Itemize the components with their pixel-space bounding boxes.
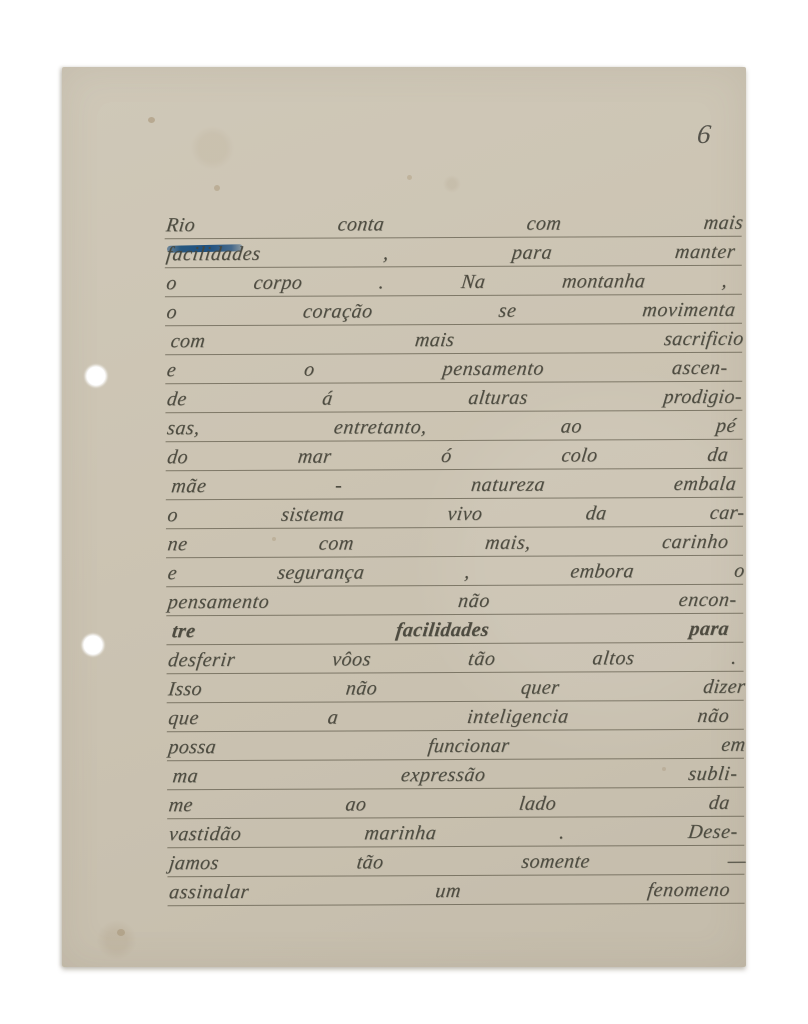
manuscript-line: desferir vôos tão altos . <box>167 643 747 675</box>
manuscript-line: do mar ó colo da <box>166 440 746 472</box>
manuscript-line: Rio conta com mais <box>165 208 745 240</box>
manuscript-line: assinalar um fenomeno <box>168 875 748 907</box>
manuscript-line: ne com mais, carinho <box>166 527 746 559</box>
paper-stain <box>214 185 220 191</box>
manuscript-line: com mais sacrificio <box>165 324 745 356</box>
manuscript-line: Isso não quer dizer <box>167 672 747 704</box>
manuscript-line: o coração se movimenta <box>165 295 745 327</box>
manuscript-line: mãe - natureza embala <box>166 469 746 501</box>
manuscript-line: pensamento não encon- <box>166 585 746 617</box>
manuscript-page: 6 Rio conta com mais facilidades , para … <box>62 67 746 967</box>
paper-stain <box>117 929 125 936</box>
manuscript-line: e o pensamento ascen- <box>165 353 745 385</box>
manuscript-line: facilidades , para manter <box>165 237 745 269</box>
manuscript-line: sas, entretanto, ao pé <box>165 411 745 443</box>
page-number: 6 <box>682 119 725 150</box>
manuscript-line: tre facilidades para <box>166 614 746 646</box>
paper-stain <box>407 175 412 180</box>
manuscript-line: que a inteligencia não <box>167 701 747 733</box>
handwriting-block: Rio conta com mais facilidades , para ma… <box>164 208 744 907</box>
manuscript-line: jamos tão somente — <box>167 846 747 878</box>
punch-hole-top <box>86 366 106 386</box>
manuscript-line: e segurança , embora o <box>166 556 746 588</box>
paper-stain <box>148 117 155 123</box>
manuscript-line: vastidão marinha . Dese- <box>167 817 747 849</box>
manuscript-line: possa funcionar em <box>167 730 747 762</box>
manuscript-line: me ao lado da <box>167 788 747 820</box>
punch-hole-bottom <box>83 635 103 655</box>
manuscript-line: ma expressão subli- <box>167 759 747 791</box>
manuscript-line: o sistema vivo da car- <box>166 498 746 530</box>
photo-background: 6 Rio conta com mais facilidades , para … <box>0 0 808 1024</box>
manuscript-line: o corpo . Na montanha , <box>165 266 745 298</box>
manuscript-line: de á alturas prodigio- <box>165 382 745 414</box>
